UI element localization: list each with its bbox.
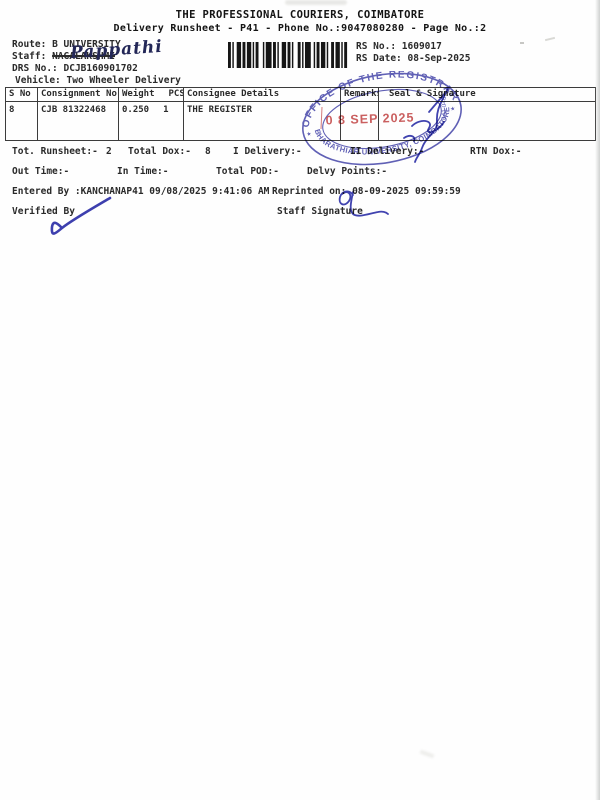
out-time-label: Out Time:- [12,166,69,177]
rs-date-field: RS Date: 08-Sep-2025 [356,53,470,64]
verified-signature-ink [38,192,123,244]
col-header-consignment: Consignment No [38,88,119,102]
tot-runsheet-label: Tot. Runsheet:- [12,146,98,157]
col-header-weight: Weight [122,89,155,101]
drs-label: DRS No.: [12,63,58,74]
vehicle-field: Vehicle: Two Wheeler Delivery [15,75,181,86]
row-cell-weight: 0.250 [122,105,149,140]
row-cell-s-no: 8 [6,102,38,140]
date-stamp-frame-line [321,107,322,129]
rtn-dox-label: RTN Dox:- [470,146,521,157]
total-dox-label: Total Dox:- [128,146,191,157]
stamp-star-left-icon: ★ [306,129,312,139]
scan-speck-2 [545,37,555,41]
i-delivery-label: I Delivery:- [233,146,302,157]
rs-barcode [228,42,350,68]
rs-no-field: RS No.: 1609017 [356,41,442,52]
scanned-runsheet-page: THE PROFESSIONAL COURIERS, COIMBATORE De… [0,0,600,800]
row-cell-pcs: 1 [163,105,168,140]
staff-signature-ink [322,186,397,222]
route-label: Route: [12,39,46,50]
page-subtitle: Delivery Runsheet - P41 - Phone No.:9047… [0,23,600,34]
col-header-weight-pcs: WeightPCS [119,88,184,102]
drs-field: DRS No.: DCJB160901702 [12,63,138,74]
total-pod-label: Total POD:- [216,166,279,177]
drs-value: DCJB160901702 [64,63,138,74]
row-cell-weight-pcs: 0.2501 [119,102,184,140]
rs-date-value: 08-Sep-2025 [408,53,471,64]
row-cell-consignment: CJB 81322468 [38,102,119,140]
tot-runsheet-value: 2 [106,146,112,157]
vehicle-label: Vehicle: [15,75,61,86]
delvy-points-label: Delvy Points:- [307,166,387,177]
col-header-s-no: S No [6,88,38,102]
scan-speck-1 [520,42,524,44]
scan-smudge-top [285,0,347,5]
rs-no-label: RS No.: [356,41,396,52]
in-time-label: In Time:- [117,166,168,177]
scan-speck-3 [420,750,435,759]
seal-signature-ink [382,78,472,170]
vehicle-value: Two Wheeler Delivery [67,75,181,86]
staff-label: Staff: [12,51,46,62]
col-header-pcs: PCS [169,89,184,101]
page-title: THE PROFESSIONAL COURIERS, COIMBATORE [0,9,600,21]
rs-date-label: RS Date: [356,53,402,64]
total-dox-value: 8 [205,146,211,157]
rs-no-value: 1609017 [402,41,442,52]
